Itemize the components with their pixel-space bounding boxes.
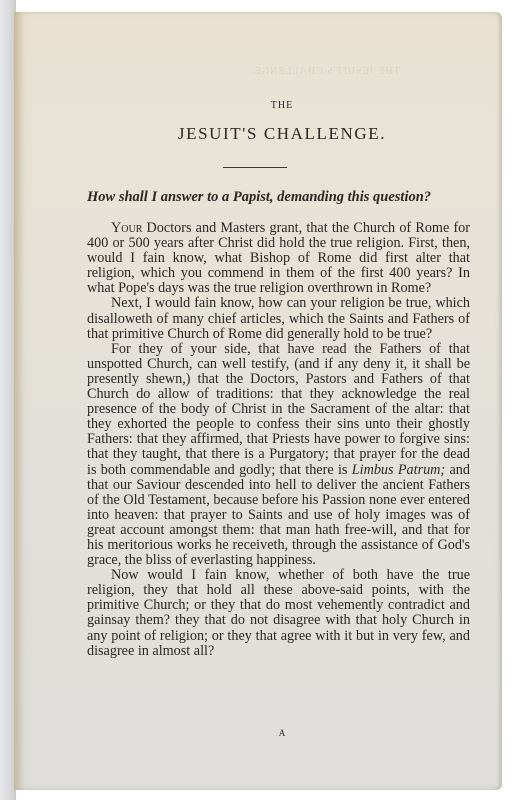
paragraph-text: Next, I would fain know, how can your re… xyxy=(87,295,470,341)
page-title: JESUIT'S CHALLENGE. xyxy=(127,124,437,144)
paragraph-2: Next, I would fain know, how can your re… xyxy=(87,296,470,341)
paragraph-text: Doctors and Masters grant, that the Chur… xyxy=(87,220,470,296)
italic-term: Limbus Patrum; xyxy=(352,462,445,478)
paragraph-3: For they of your side, that have read th… xyxy=(87,342,470,568)
paragraph-1: Your Doctors and Masters grant, that the… xyxy=(87,221,470,296)
title-rule-divider xyxy=(223,167,287,168)
paragraph-4: Now would I fain know, whether of both h… xyxy=(87,568,470,659)
signature-mark: A xyxy=(127,728,437,738)
book-page: THE JESUIT'S CHALLENGE. THE JESUIT'S CHA… xyxy=(14,12,502,790)
section-question: How shall I answer to a Papist, demandin… xyxy=(87,189,467,206)
paragraph-text: and that our Saviour descended into hell… xyxy=(87,462,470,569)
ghost-running-head: THE JESUIT'S CHALLENGE. xyxy=(220,64,430,79)
paragraph-text: Now would I fain know, whether of both h… xyxy=(87,567,470,658)
paragraph-lead-smallcaps: Your xyxy=(111,220,142,236)
show-through-text: THE JESUIT'S CHALLENGE. xyxy=(220,64,430,97)
paragraph-text: For they of your side, that have read th… xyxy=(87,341,470,478)
body-text: Your Doctors and Masters grant, that the… xyxy=(87,221,470,659)
pre-title: THE xyxy=(127,100,437,111)
